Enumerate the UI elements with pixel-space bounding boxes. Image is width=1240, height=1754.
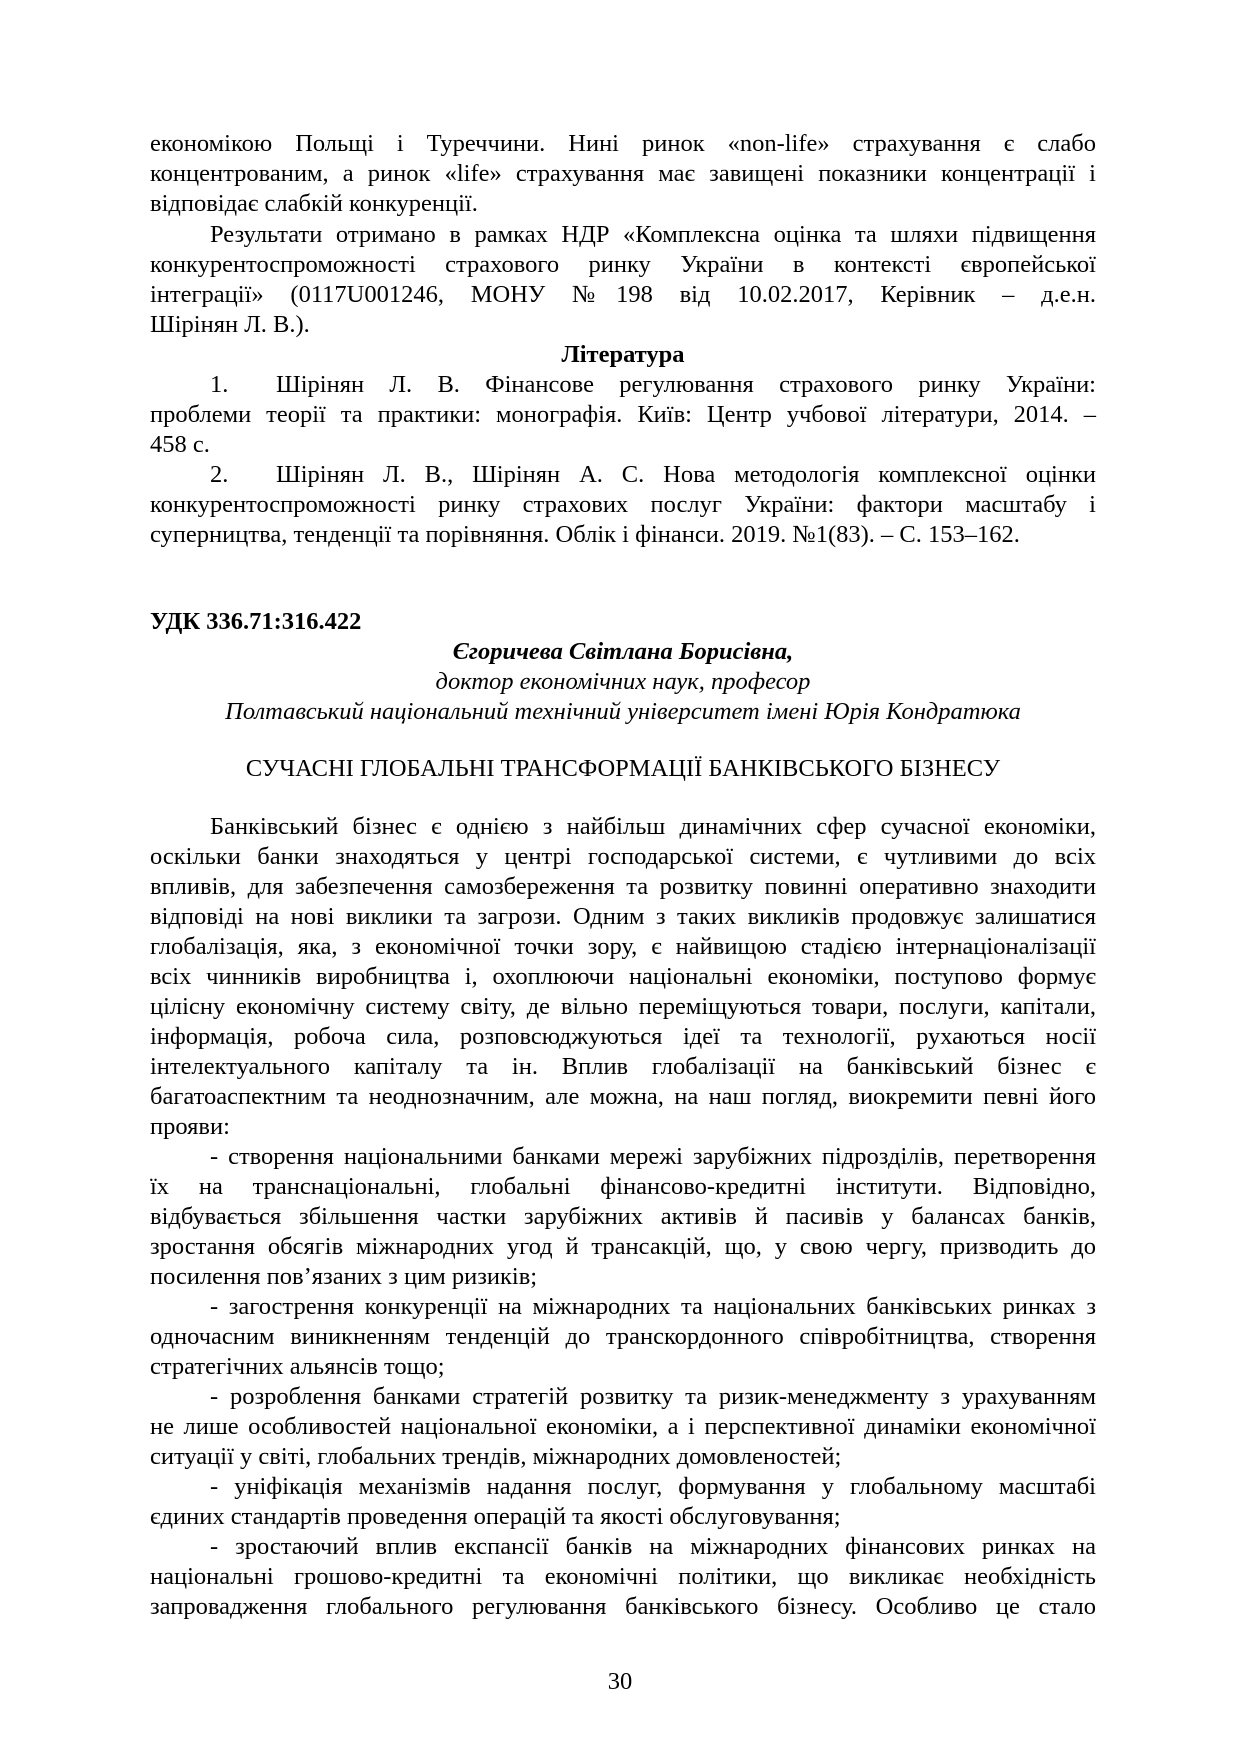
text-line: 458 с. (150, 430, 1096, 460)
text-line: концентрованим, а ринок «life» страхуван… (150, 159, 1096, 189)
text-line: відбувається збільшення частки зарубіжни… (150, 1202, 1096, 1232)
text-line: цілісну економічну систему світу, де віл… (150, 992, 1096, 1022)
text-line: інтелектуального капіталу та ін. Вплив г… (150, 1052, 1096, 1082)
reference-item-1: 1.Шірінян Л. В. Фінансове регулювання ст… (210, 370, 1096, 400)
text-line: Шірінян Л. В.). (150, 310, 1096, 340)
text-line: інформація, робоча сила, розповсюджуютьс… (150, 1022, 1096, 1052)
text-line: не лише особливостей національної економ… (150, 1412, 1096, 1442)
text-line: ситуації у світі, глобальних трендів, мі… (150, 1442, 1096, 1472)
text-line: посилення пов’язаних з цим ризиків; (150, 1262, 1096, 1292)
document-page: економікою Польщі і Туреччини. Нині рино… (0, 0, 1240, 1754)
reference-item-2: 2.Шірінян Л. В., Шірінян А. С. Нова мето… (210, 460, 1096, 490)
author-name: Єгоричева Світлана Борисівна, (150, 637, 1096, 667)
reference-number: 1. (210, 370, 276, 400)
text-line: конкурентоспроможності ринку страхових п… (150, 490, 1096, 520)
text-line: зростання обсягів міжнародних угод й тра… (150, 1232, 1096, 1262)
text-line: - загострення конкуренції на міжнародних… (210, 1292, 1096, 1322)
text-line: прояви: (150, 1112, 1096, 1142)
text-line: - створення національними банками мережі… (210, 1142, 1096, 1172)
text-line: національні грошово-кредитні та економіч… (150, 1562, 1096, 1592)
text-line: - розроблення банками стратегій розвитку… (210, 1382, 1096, 1412)
text-line: інтеграції» (0117U001246, МОНУ №198 від … (150, 280, 1096, 310)
text-line: оскільки банки знаходяться у центрі госп… (150, 842, 1096, 872)
page-number: 30 (0, 1667, 1240, 1697)
references-heading: Література (150, 340, 1096, 370)
text-line: їх на транснаціональні, глобальні фінанс… (150, 1172, 1096, 1202)
text-line: всіх чинників виробництва і, охоплюючи н… (150, 962, 1096, 992)
text-line: суперництва, тенденції та порівняння. Об… (150, 520, 1096, 550)
author-affiliation: Полтавський національний технічний уніве… (150, 697, 1096, 727)
text-line: конкурентоспроможності страхового ринку … (150, 250, 1096, 280)
text-line: - зростаючий вплив експансії банків на м… (210, 1532, 1096, 1562)
reference-text: Шірінян Л. В., Шірінян А. С. Нова методо… (276, 461, 1096, 488)
text-line: запровадження глобального регулювання ба… (150, 1592, 1096, 1622)
text-line: впливів, для забезпечення самозбереження… (150, 872, 1096, 902)
text-line: багатоаспектним та неоднозначним, але мо… (150, 1082, 1096, 1112)
text-line: проблеми теорії та практики: монографія.… (150, 400, 1096, 430)
text-line: єдиних стандартів проведення операцій та… (150, 1502, 1096, 1532)
text-line: Банківський бізнес є однією з найбільш д… (210, 812, 1096, 842)
text-line: відповідає слабкій конкуренції. (150, 189, 1096, 219)
article-title: СУЧАСНІ ГЛОБАЛЬНІ ТРАНСФОРМАЦІЇ БАНКІВСЬ… (150, 754, 1096, 784)
reference-text: Шірінян Л. В. Фінансове регулювання стра… (276, 371, 1096, 398)
reference-number: 2. (210, 460, 276, 490)
text-line: одночасним виникненням тенденцій до тран… (150, 1322, 1096, 1352)
text-line: економікою Польщі і Туреччини. Нині рино… (150, 129, 1096, 159)
text-line: Результати отримано в рамках НДР «Компле… (210, 220, 1096, 250)
udc-code: УДК 336.71:316.422 (150, 607, 1096, 637)
text-line: відповіді на нові виклики та загрози. Од… (150, 902, 1096, 932)
author-degree: доктор економічних наук, професор (150, 667, 1096, 697)
text-line: глобалізація, яка, з економічної точки з… (150, 932, 1096, 962)
text-line: стратегічних альянсів тощо; (150, 1352, 1096, 1382)
text-line: - уніфікація механізмів надання послуг, … (210, 1472, 1096, 1502)
